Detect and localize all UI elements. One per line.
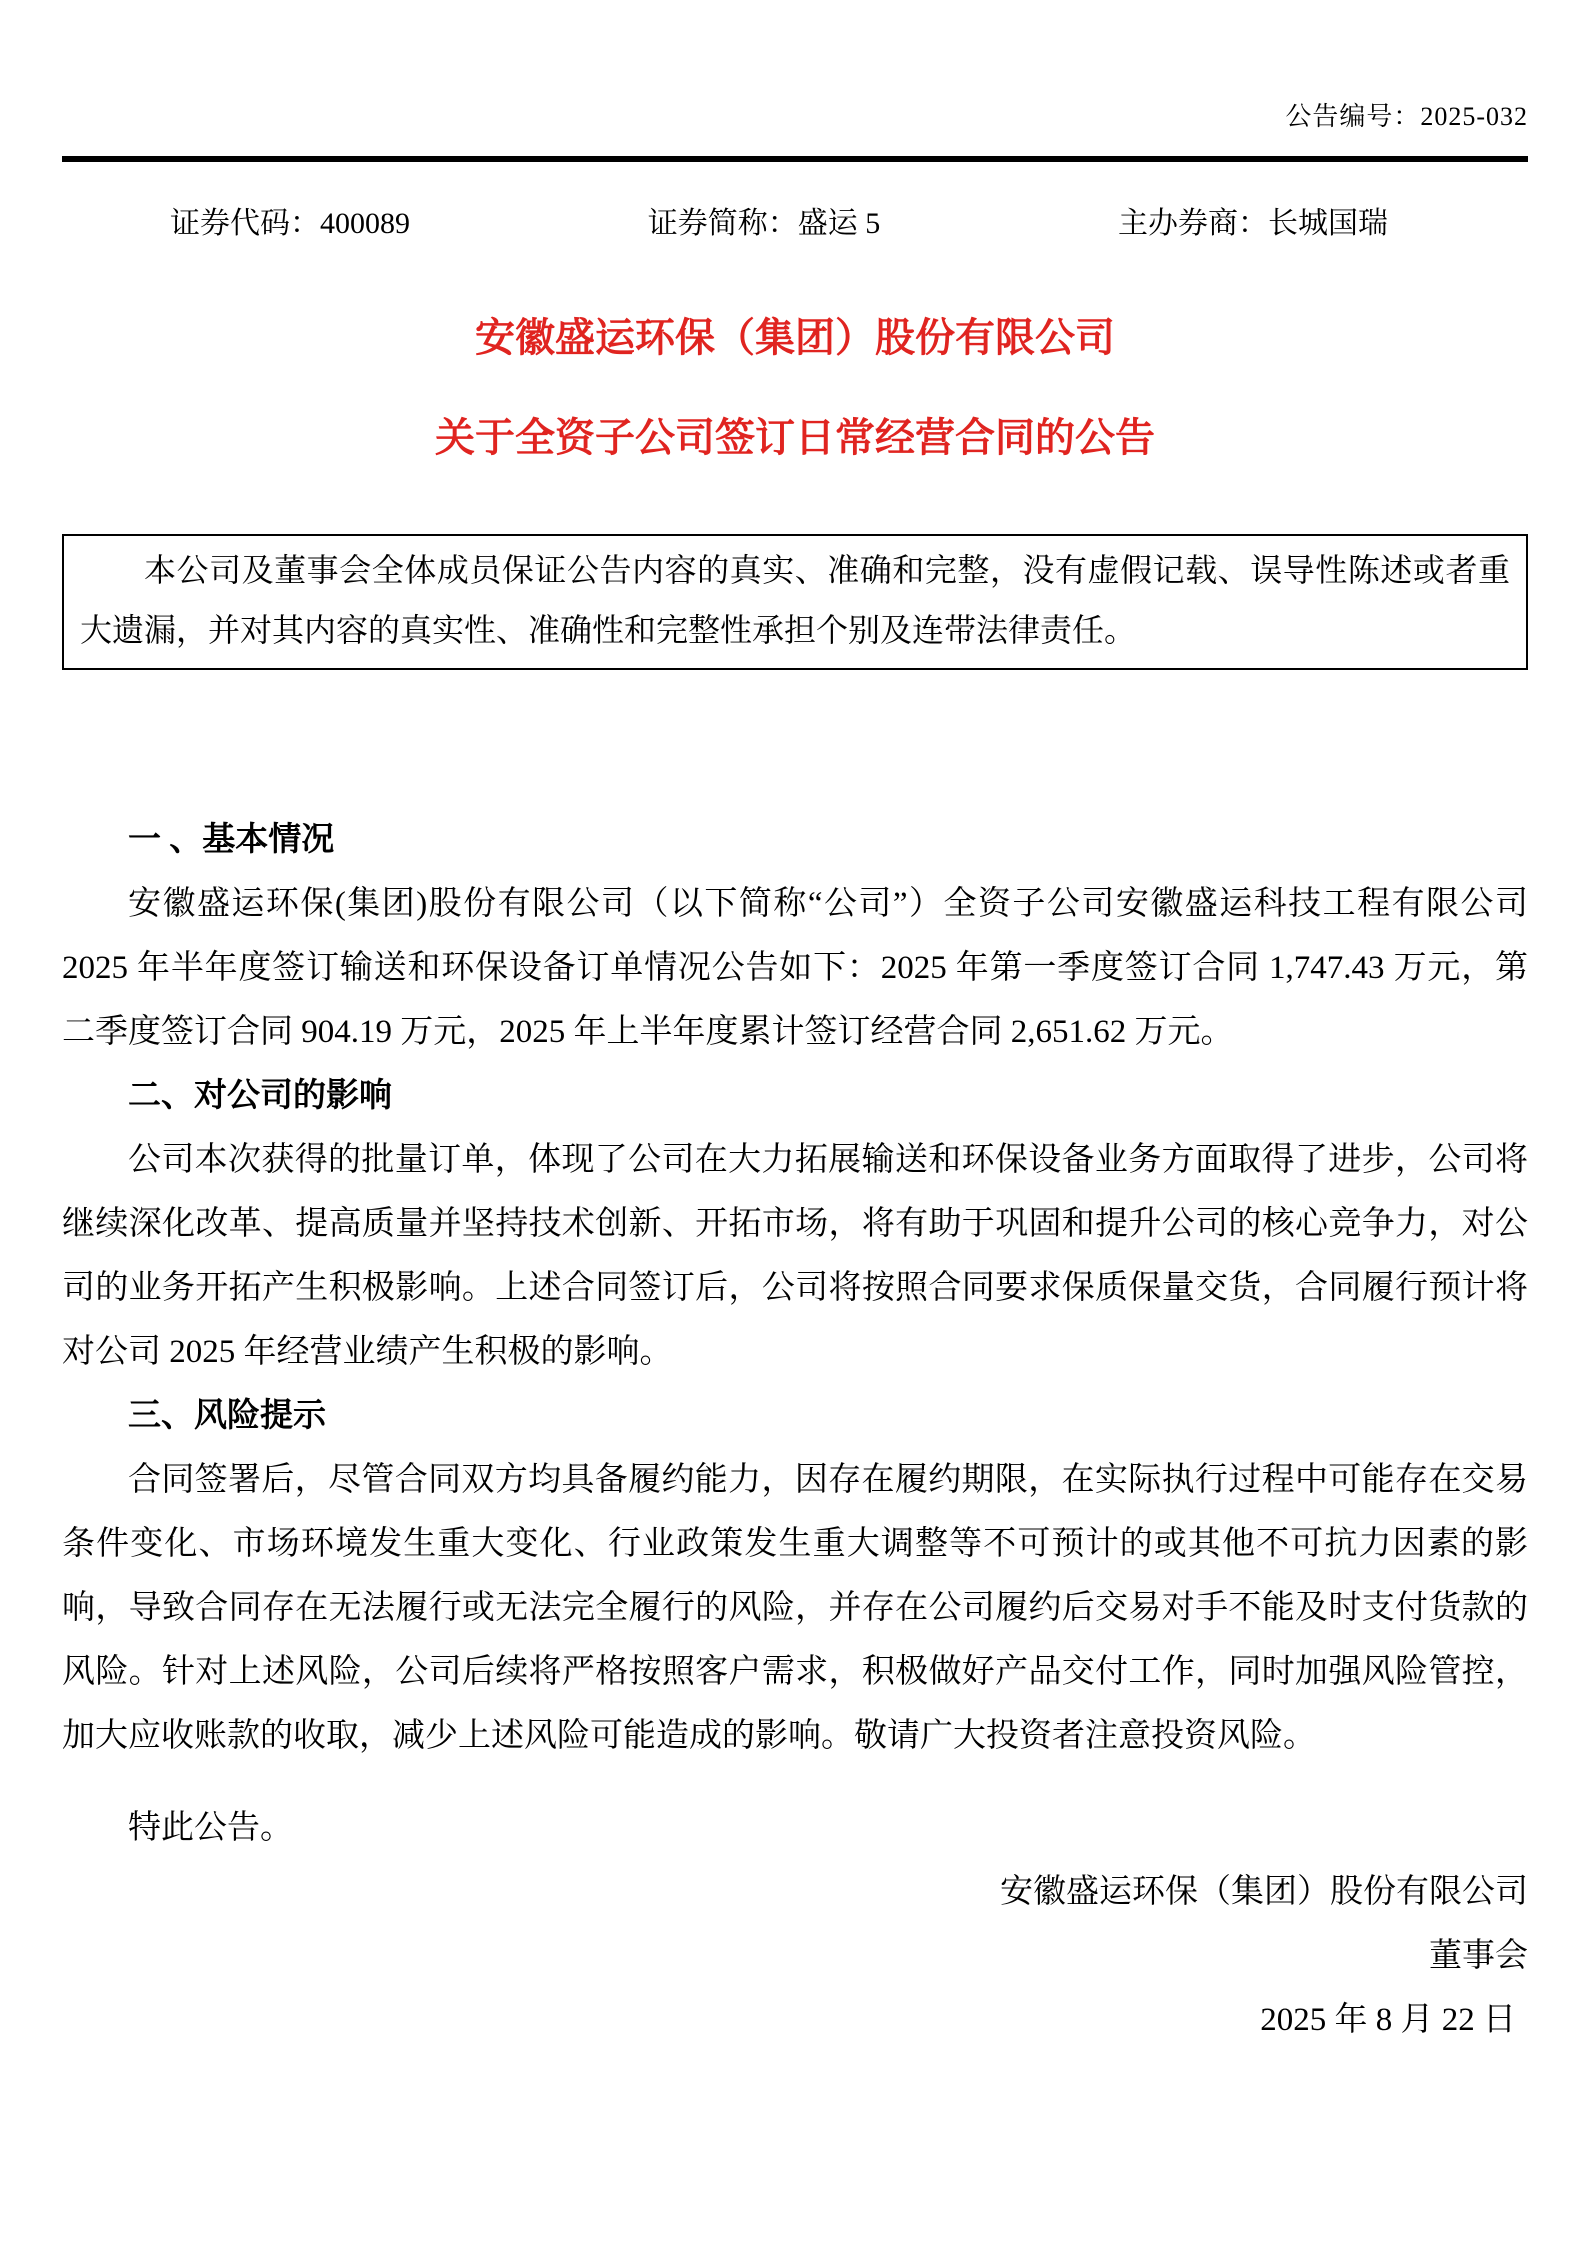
doc-number: 公告编号：2025-032: [62, 0, 1528, 132]
disclaimer-box: 本公司及董事会全体成员保证公告内容的真实、准确和完整，没有虚假记载、误导性陈述或…: [62, 534, 1528, 670]
sponsor-broker: 主办券商：长城国瑞: [1118, 206, 1388, 242]
document-body: 一 、基本情况 安徽盛运环保(集团)股份有限公司（以下简称“公司”）全资子公司安…: [62, 808, 1528, 2052]
announcement-document: 公告编号：2025-032 证券代码：400089 证券简称：盛运 5 主办券商…: [0, 0, 1587, 2245]
section-heading-basic-info: 一 、基本情况: [62, 808, 1528, 872]
section-paragraph-impact: 公司本次获得的批量订单，体现了公司在大力拓展输送和环保设备业务方面取得了进步，公…: [62, 1128, 1528, 1384]
stock-code: 证券代码：400089: [170, 206, 410, 242]
signature-company-name: 安徽盛运环保（集团）股份有限公司: [62, 1860, 1528, 1924]
disclaimer-text: 本公司及董事会全体成员保证公告内容的真实、准确和完整，没有虚假记载、误导性陈述或…: [80, 540, 1510, 660]
section-heading-impact: 二、对公司的影响: [62, 1064, 1528, 1128]
closing-statement: 特此公告。: [62, 1796, 1528, 1860]
stock-short-name: 证券简称：盛运 5: [648, 206, 881, 242]
announcement-title: 关于全资子公司签订日常经营合同的公告: [62, 414, 1528, 462]
signature-date: 2025 年 8 月 22 日: [62, 1988, 1528, 2052]
company-title: 安徽盛运环保（集团）股份有限公司: [62, 314, 1528, 362]
section-paragraph-risk: 合同签署后，尽管合同双方均具备履约能力，因存在履约期限，在实际执行过程中可能存在…: [62, 1448, 1528, 1768]
section-paragraph-basic-info: 安徽盛运环保(集团)股份有限公司（以下简称“公司”）全资子公司安徽盛运科技工程有…: [62, 872, 1528, 1064]
section-heading-risk: 三、风险提示: [62, 1384, 1528, 1448]
signature-board: 董事会: [62, 1924, 1528, 1988]
securities-info-row: 证券代码：400089 证券简称：盛运 5 主办券商：长城国瑞: [62, 206, 1528, 242]
header-divider: [62, 156, 1528, 162]
